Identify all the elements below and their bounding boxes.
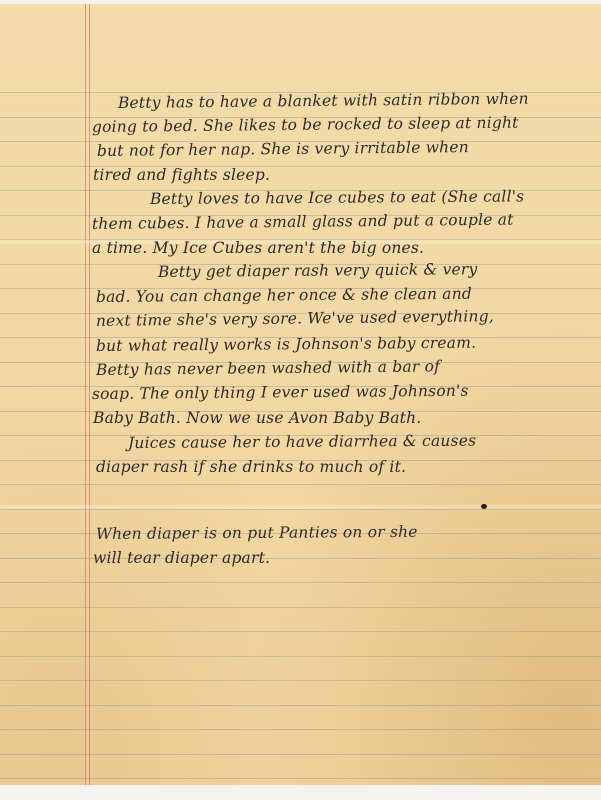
margin-line-left <box>85 4 86 785</box>
handwritten-line: soap. The only thing I ever used was Joh… <box>92 382 469 403</box>
ink-speck <box>481 504 487 509</box>
rule-line <box>0 680 601 681</box>
rule-line <box>0 607 601 608</box>
handwritten-line: Betty has to have a blanket with satin r… <box>118 90 529 112</box>
handwritten-line: next time she's very sore. We've used ev… <box>96 307 494 330</box>
margin-line-right <box>89 4 90 785</box>
handwritten-line: them cubes. I have a small glass and put… <box>92 211 514 233</box>
rule-line <box>0 729 601 730</box>
handwritten-line: Juices cause her to have diarrhea & caus… <box>128 432 476 452</box>
rule-line <box>0 656 601 657</box>
rule-line <box>0 705 601 706</box>
handwritten-line: but not for her nap. She is very irritab… <box>97 138 469 160</box>
handwritten-line: will tear diaper apart. <box>93 549 270 567</box>
handwritten-line: Betty loves to have Ice cubes to eat (Sh… <box>150 187 524 208</box>
rule-line <box>0 582 601 583</box>
handwritten-line: Betty has never been washed with a bar o… <box>96 357 440 379</box>
handwritten-line: but what really works is Johnson's baby … <box>96 334 476 355</box>
handwritten-line: tired and fights sleep. <box>93 166 270 184</box>
rule-line <box>0 166 601 167</box>
rule-line <box>0 631 601 632</box>
handwritten-line: diaper rash if she drinks to much of it. <box>96 458 406 476</box>
rule-line <box>0 558 601 559</box>
handwritten-line: Baby Bath. Now we use Avon Baby Bath. <box>93 409 421 427</box>
notebook-page: Betty has to have a blanket with satin r… <box>0 4 601 785</box>
handwritten-line: When diaper is on put Panties on or she <box>96 523 418 543</box>
handwritten-line: a time. My Ice Cubes aren't the big ones… <box>92 239 424 257</box>
handwritten-line: going to bed. She likes to be rocked to … <box>92 114 519 136</box>
paper-crease <box>0 504 601 510</box>
rule-line <box>0 484 601 485</box>
rule-line <box>0 778 601 779</box>
rule-line <box>0 754 601 755</box>
handwritten-line: Betty get diaper rash very quick & very <box>158 260 478 281</box>
handwritten-line: bad. You can change her once & she clean… <box>96 285 472 306</box>
